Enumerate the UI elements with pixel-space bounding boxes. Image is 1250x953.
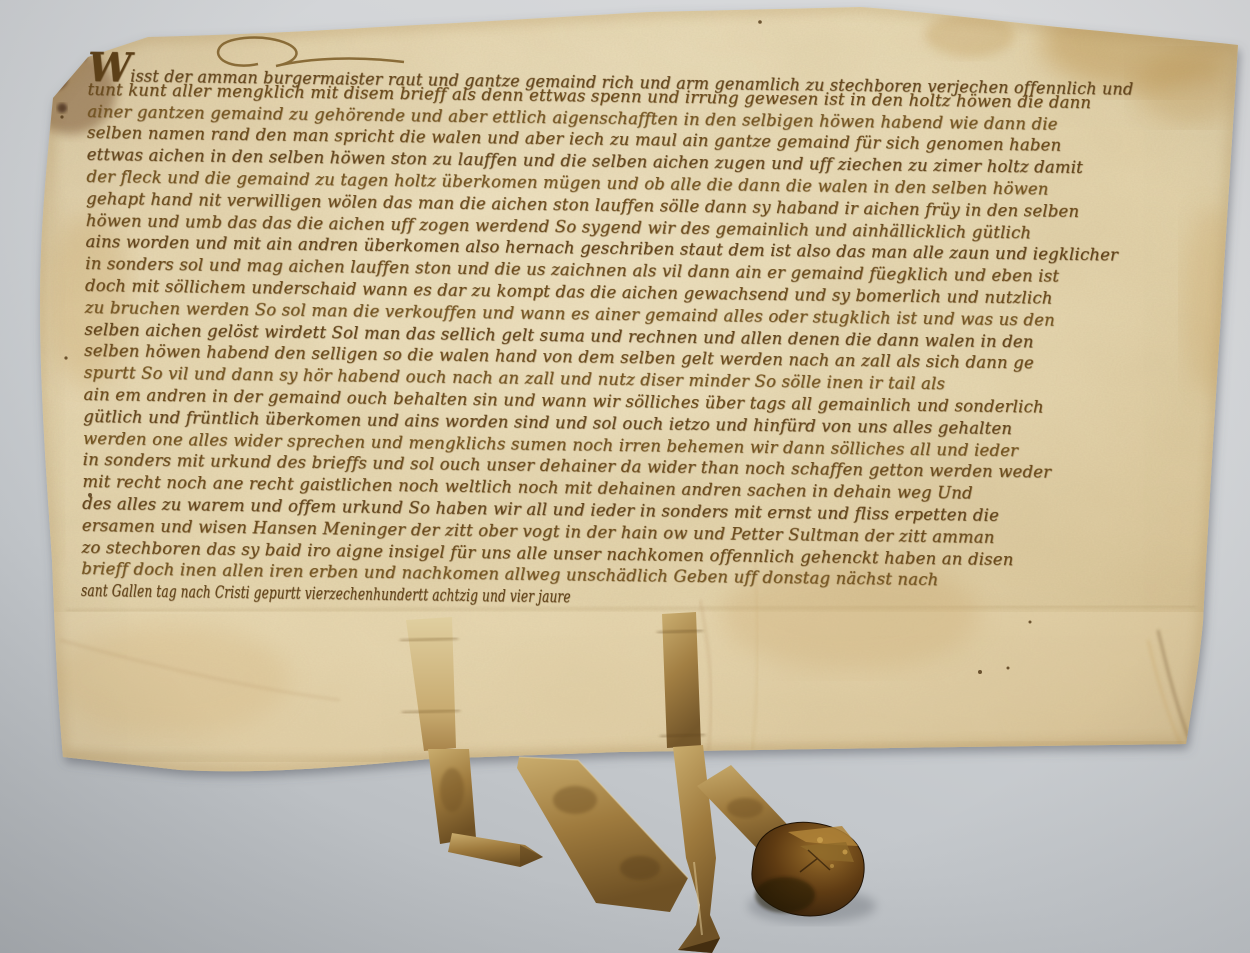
charter-photograph: Wisst der amman burgermaister raut und g… [0,0,1250,953]
seal-tag-ribbons [428,745,800,953]
manuscript-text-block: Wisst der amman burgermaister raut und g… [81,57,1138,616]
wax-seal [752,822,864,916]
